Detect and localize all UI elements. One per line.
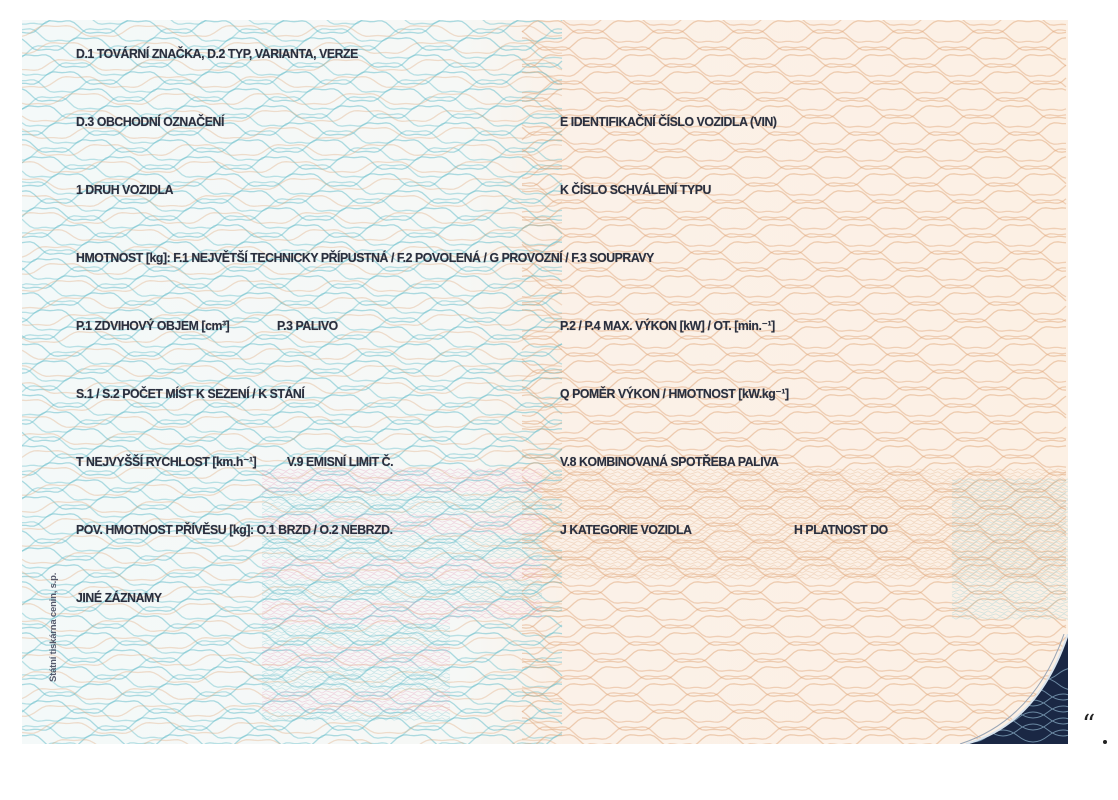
field-label-seats: S.1 / S.2 POČET MÍST K SEZENÍ / K STÁNÍ [76, 386, 304, 401]
field-label-fuel-consumption: V.8 KOMBINOVANÁ SPOTŘEBA PALIVA [560, 454, 778, 469]
field-label-make-type: D.1 TOVÁRNÍ ZNAČKA, D.2 TYP, VARIANTA, V… [76, 46, 358, 61]
field-label-max-speed: T NEJVYŠŠÍ RYCHLOST [km.h⁻¹] [76, 454, 256, 470]
field-label-fuel: P.3 PALIVO [277, 318, 338, 333]
field-label-max-power: P.2 / P.4 MAX. VÝKON [kW] / OT. [min.⁻¹] [560, 318, 775, 334]
field-label-type-approval: K ČÍSLO SCHVÁLENÍ TYPU [560, 182, 711, 197]
stray-dot [1103, 740, 1107, 744]
corner-security-emblem [958, 634, 1068, 744]
field-label-displacement: P.1 ZDVIHOVÝ OBJEM [cm³] [76, 318, 229, 333]
field-label-vehicle-kind: 1 DRUH VOZIDLA [76, 182, 173, 197]
field-label-trade-name: D.3 OBCHODNÍ OZNAČENÍ [76, 114, 224, 129]
registration-certificate: D.1 TOVÁRNÍ ZNAČKA, D.2 TYP, VARIANTA, V… [22, 20, 1068, 744]
field-label-vehicle-category: J KATEGORIE VOZIDLA [560, 522, 692, 537]
field-label-vin: E IDENTIFIKAČNÍ ČÍSLO VOZIDLA (VIN) [560, 114, 777, 129]
field-label-emission-limit: V.9 EMISNÍ LIMIT Č. [287, 454, 393, 469]
stray-quote-mark: “ [1082, 712, 1095, 738]
field-label-valid-until: H PLATNOST DO [794, 522, 888, 537]
field-label-trailer-mass: POV. HMOTNOST PŘÍVĚSU [kg]: O.1 BRZD / O… [76, 522, 393, 537]
field-label-other-records: JINÉ ZÁZNAMY [76, 590, 162, 605]
field-label-mass: HMOTNOST [kg]: F.1 NEJVĚTŠÍ TECHNICKY PŘ… [76, 250, 654, 265]
field-label-power-weight-ratio: Q POMĚR VÝKON / HMOTNOST [kW.kg⁻¹] [560, 386, 789, 402]
printer-imprint: Státní tiskárna cenin, s.p. [48, 573, 59, 682]
